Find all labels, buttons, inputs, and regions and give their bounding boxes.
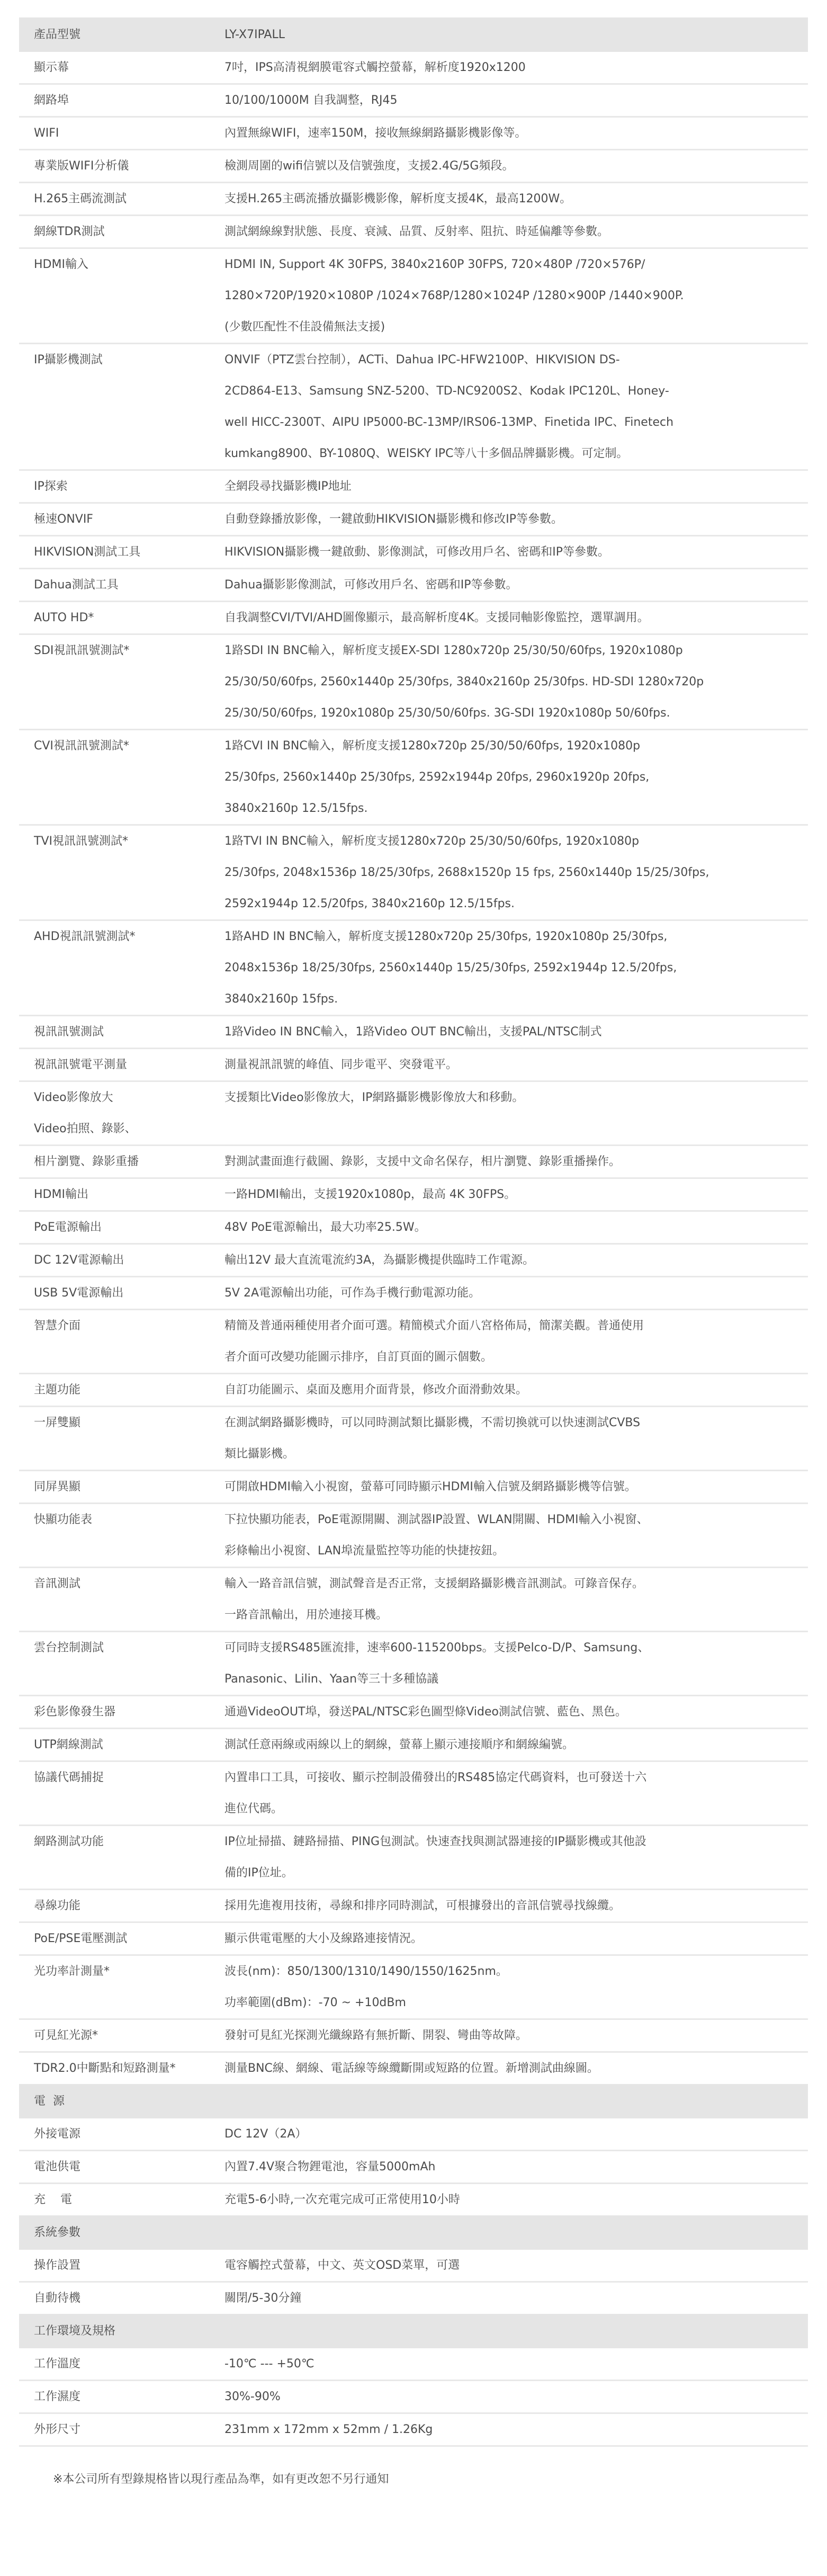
model-header-row: 產品型號 LY-X7IPALL xyxy=(19,17,808,52)
spec-value-line: 支援H.265主碼流播放攝影機影像，解析度支援4K，最高1200W。 xyxy=(224,183,792,214)
spec-value-line: 通過VideoOUT埠，發送PAL/NTSC彩色圖型條Video測試信號、藍色、… xyxy=(224,1696,792,1728)
spec-value: 10/100/1000M 自我調整，RJ45 xyxy=(224,84,808,117)
spec-value: 可開啟HDMI輸入小視窗，螢幕可同時顯示HDMI輸入信號及網路攝影機等信號。 xyxy=(224,1471,808,1504)
spec-value: 231mm x 172mm x 52mm / 1.26Kg xyxy=(224,2413,808,2446)
spec-label-line: 同屏異顯 xyxy=(34,1471,224,1502)
spec-label: 智慧介面 xyxy=(19,1310,224,1374)
spec-label-line: 網路測試功能 xyxy=(34,1826,224,1857)
spec-label-line: 專業版WIFI分析儀 xyxy=(34,150,224,182)
spec-label: 光功率計測量* xyxy=(19,1955,224,2019)
spec-row: 音訊測試輸入一路音訊信號，測試聲音是否正常，支援網路攝影機音訊測試。可錄音保存。… xyxy=(19,1568,808,1632)
spec-label: 視訊訊號測試 xyxy=(19,1016,224,1049)
spec-label-line: 可見紅光源* xyxy=(34,2020,224,2051)
spec-value: 測試任意兩線或兩線以上的網線，螢幕上顯示連接順序和網線編號。 xyxy=(224,1729,808,1761)
spec-label: HDMI輸出 xyxy=(19,1178,224,1211)
spec-value-line: 內置無線WIFI，速率150M，接收無線網路攝影機影像等。 xyxy=(224,118,792,149)
spec-value-line: 2CD864-E13、Samsung SNZ-5200、TD-NC9200S2、… xyxy=(224,375,792,407)
spec-label-line: 視訊訊號電平測量 xyxy=(34,1049,224,1080)
spec-label-line: TDR2.0中斷點和短路測量* xyxy=(34,2053,224,2084)
spec-value-line: 精簡及普通兩種使用者介面可選。精簡模式介面八宮格佈局，簡潔美觀。普通使用 xyxy=(224,1310,792,1341)
spec-label: 自動待機 xyxy=(19,2282,224,2314)
spec-value: Dahua攝影影像測試，可修改用戶名、密碼和IP等參數。 xyxy=(224,569,808,602)
spec-label-line: SDI視訊訊號測試* xyxy=(34,635,224,666)
spec-row: WIFI內置無線WIFI，速率150M，接收無線網路攝影機影像等。 xyxy=(19,117,808,150)
spec-value-line: 1路AHD IN BNC輸入，解析度支援1280x720p 25/30fps, … xyxy=(224,921,792,952)
spec-value-line: 一路音訊輸出，用於連接耳機。 xyxy=(224,1599,792,1631)
spec-value: 可同時支援RS485匯流排，速率600-115200bps。支援Pelco-D/… xyxy=(224,1632,808,1696)
spec-label: 電池供電 xyxy=(19,2151,224,2184)
spec-label-line: 尋線功能 xyxy=(34,1890,224,1921)
spec-value-line: HIKVISION攝影機一鍵啟動、影像測試，可修改用戶名、密碼和IP等參數。 xyxy=(224,536,792,568)
spec-value-line: 測試網線線對狀態、長度、衰減、品質、反射率、阻抗、時延偏離等參數。 xyxy=(224,216,792,247)
spec-value-line: 自訂功能圖示、桌面及應用介面背景，修改介面滑動效果。 xyxy=(224,1374,792,1406)
spec-label-line: 極速ONVIF xyxy=(34,504,224,535)
spec-value-line: 採用先進複用技術，尋線和排序同時測試，可根據發出的音訊信號尋找線纜。 xyxy=(224,1890,792,1921)
spec-value-line: 1路TVI IN BNC輸入，解析度支援1280x720p 25/30/50/6… xyxy=(224,826,792,857)
spec-row: CVI視訊訊號測試*1路CVI IN BNC輸入，解析度支援1280x720p … xyxy=(19,730,808,825)
spec-table: 產品型號 LY-X7IPALL 顯示幕7吋，IPS高清視網膜電容式觸控螢幕，解析… xyxy=(19,17,808,2447)
spec-label-line: IP探索 xyxy=(34,471,224,502)
spec-label: USB 5V電源輸出 xyxy=(19,1277,224,1310)
spec-label: TVI視訊訊號測試* xyxy=(19,825,224,920)
spec-value-line: 檢測周圍的wifi信號以及信號強度，支援2.4G/5G頻段。 xyxy=(224,150,792,182)
spec-row: AHD視訊訊號測試*1路AHD IN BNC輸入，解析度支援1280x720p … xyxy=(19,920,808,1016)
spec-value-line: 5V 2A電源輸出功能，可作為手機行動電源功能。 xyxy=(224,1277,792,1309)
spec-value: 在測試網路攝影機時，可以同時測試類比攝影機，不需切換就可以快速測試CVBS類比攝… xyxy=(224,1407,808,1471)
spec-value-line: 類比攝影機。 xyxy=(224,1438,792,1470)
spec-value-line: 25/30fps, 2560x1440p 25/30fps, 2592x1944… xyxy=(224,762,792,793)
spec-row: Video影像放大Video拍照、錄影、支援類比Video影像放大，IP網路攝影… xyxy=(19,1081,808,1146)
spec-value-line: HDMI IN, Support 4K 30FPS, 3840x2160P 30… xyxy=(224,249,792,280)
spec-row: 工作濕度30%-90% xyxy=(19,2381,808,2413)
spec-value-line: 測量BNC線、網線、電話線等線纜斷開或短路的位置。新增測試曲線圖。 xyxy=(224,2053,792,2084)
spec-value-line: 可開啟HDMI輸入小視窗，螢幕可同時顯示HDMI輸入信號及網路攝影機等信號。 xyxy=(224,1471,792,1502)
spec-row: 外接電源DC 12V（2A） xyxy=(19,2118,808,2151)
spec-value: IP位址掃描、鏈路掃描、PING包測試。快速查找與測試器連接的IP攝影機或其他設… xyxy=(224,1826,808,1890)
spec-row: TDR2.0中斷點和短路測量*測量BNC線、網線、電話線等線纜斷開或短路的位置。… xyxy=(19,2052,808,2085)
spec-label-line: DC 12V電源輸出 xyxy=(34,1245,224,1276)
spec-label: 可見紅光源* xyxy=(19,2019,224,2052)
spec-sheet: 產品型號 LY-X7IPALL 顯示幕7吋，IPS高清視網膜電容式觸控螢幕，解析… xyxy=(0,0,808,2495)
spec-label-line: PoE電源輸出 xyxy=(34,1212,224,1243)
model-label: 產品型號 xyxy=(19,17,224,52)
spec-label: 外接電源 xyxy=(19,2118,224,2151)
spec-row: 網路測試功能IP位址掃描、鏈路掃描、PING包測試。快速查找與測試器連接的IP攝… xyxy=(19,1826,808,1890)
spec-label: 主題功能 xyxy=(19,1374,224,1407)
spec-value: 電容觸控式螢幕，中文、英文OSD菜單，可選 xyxy=(224,2250,808,2282)
spec-value: 7吋，IPS高清視網膜電容式觸控螢幕，解析度1920x1200 xyxy=(224,52,808,84)
spec-row: USB 5V電源輸出5V 2A電源輸出功能，可作為手機行動電源功能。 xyxy=(19,1277,808,1310)
spec-row: 智慧介面精簡及普通兩種使用者介面可選。精簡模式介面八宮格佈局，簡潔美觀。普通使用… xyxy=(19,1310,808,1374)
spec-value-line: Panasonic、Lilin、Yaan等三十多種協議 xyxy=(224,1663,792,1695)
spec-value-line: 波長(nm)：850/1300/1310/1490/1550/1625nm。 xyxy=(224,1956,792,1987)
spec-value: 對測試畫面進行截圖、錄影，支援中文命名保存，相片瀏覽、錄影重播操作。 xyxy=(224,1146,808,1178)
spec-row: 顯示幕7吋，IPS高清視網膜電容式觸控螢幕，解析度1920x1200 xyxy=(19,52,808,84)
section-header-filler xyxy=(224,2215,808,2250)
spec-row: DC 12V電源輸出輸出12V 最大直流電流約3A，為攝影機提供臨時工作電源。 xyxy=(19,1244,808,1277)
spec-value: 自我調整CVI/TVI/AHD圖像顯示，最高解析度4K。支援同軸影像監控，選單調… xyxy=(224,602,808,634)
spec-value-line: 一路HDMI輸出，支援1920x1080p，最高 4K 30FPS。 xyxy=(224,1179,792,1210)
spec-label-line: AHD視訊訊號測試* xyxy=(34,921,224,952)
spec-value: 自動登錄播放影像，一鍵啟動HIKVISION攝影機和修改IP等參數。 xyxy=(224,503,808,536)
spec-label: TDR2.0中斷點和短路測量* xyxy=(19,2052,224,2085)
spec-row: HDMI輸入HDMI IN, Support 4K 30FPS, 3840x21… xyxy=(19,248,808,344)
spec-label: 網線TDR測試 xyxy=(19,216,224,248)
spec-label: 一屏雙顯 xyxy=(19,1407,224,1471)
spec-value: 1路AHD IN BNC輸入，解析度支援1280x720p 25/30fps, … xyxy=(224,920,808,1016)
spec-value: 採用先進複用技術，尋線和排序同時測試，可根據發出的音訊信號尋找線纜。 xyxy=(224,1890,808,1922)
spec-row: 網線TDR測試測試網線線對狀態、長度、衰減、品質、反射率、阻抗、時延偏離等參數。 xyxy=(19,216,808,248)
section-header-row: 工作環境及規格 xyxy=(19,2314,808,2348)
spec-label: IP探索 xyxy=(19,470,224,503)
spec-value-line: 測試任意兩線或兩線以上的網線，螢幕上顯示連接順序和網線編號。 xyxy=(224,1729,792,1760)
spec-row: 極速ONVIF自動登錄播放影像，一鍵啟動HIKVISION攝影機和修改IP等參數… xyxy=(19,503,808,536)
spec-value: 內置7.4V聚合物鋰電池，容量5000mAh xyxy=(224,2151,808,2184)
spec-label: 同屏異顯 xyxy=(19,1471,224,1504)
spec-label: HIKVISION測試工具 xyxy=(19,536,224,569)
spec-label: 網路測試功能 xyxy=(19,1826,224,1890)
spec-value: 48V PoE電源輸出，最大功率25.5W。 xyxy=(224,1211,808,1244)
spec-value: 一路HDMI輸出，支援1920x1080p，最高 4K 30FPS。 xyxy=(224,1178,808,1211)
spec-label-line: 相片瀏覽、錄影重播 xyxy=(34,1146,224,1177)
spec-row: 專業版WIFI分析儀檢測周圍的wifi信號以及信號強度，支援2.4G/5G頻段。 xyxy=(19,150,808,183)
spec-label: AUTO HD* xyxy=(19,602,224,634)
spec-value: 內置串口工具，可接收、顯示控制設備發出的RS485協定代碼資料，也可發送十六進位… xyxy=(224,1761,808,1826)
spec-value-line: 自我調整CVI/TVI/AHD圖像顯示，最高解析度4K。支援同軸影像監控，選單調… xyxy=(224,602,792,633)
spec-label-line: TVI視訊訊號測試* xyxy=(34,826,224,857)
disclaimer-footnote: ※本公司所有型錄規格皆以現行產品為準，如有更改恕不另行通知 xyxy=(19,2464,808,2495)
spec-value-line: 支援類比Video影像放大，IP網路攝影機影像放大和移動。 xyxy=(224,1082,792,1113)
spec-label-line: 智慧介面 xyxy=(34,1310,224,1341)
spec-row: 操作設置電容觸控式螢幕，中文、英文OSD菜單，可選 xyxy=(19,2250,808,2282)
section-title: 工作環境及規格 xyxy=(19,2314,224,2348)
section-title: 系統參數 xyxy=(19,2215,224,2250)
spec-label: 音訊測試 xyxy=(19,1568,224,1632)
spec-row: IP攝影機測試ONVIF（PTZ雲台控制），ACTi、Dahua IPC-HFW… xyxy=(19,344,808,470)
spec-value: 輸入一路音訊信號，測試聲音是否正常，支援網路攝影機音訊測試。可錄音保存。一路音訊… xyxy=(224,1568,808,1632)
spec-value: 支援類比Video影像放大，IP網路攝影機影像放大和移動。 xyxy=(224,1081,808,1146)
spec-row: 相片瀏覽、錄影重播對測試畫面進行截圖、錄影，支援中文命名保存，相片瀏覽、錄影重播… xyxy=(19,1146,808,1178)
spec-row: 電池供電內置7.4V聚合物鋰電池，容量5000mAh xyxy=(19,2151,808,2184)
spec-value: 測試網線線對狀態、長度、衰減、品質、反射率、阻抗、時延偏離等參數。 xyxy=(224,216,808,248)
spec-value: -10℃ --- +50℃ xyxy=(224,2348,808,2381)
spec-label: CVI視訊訊號測試* xyxy=(19,730,224,825)
spec-label: PoE電源輸出 xyxy=(19,1211,224,1244)
spec-label-line: HDMI輸出 xyxy=(34,1179,224,1210)
spec-label-line: 光功率計測量* xyxy=(34,1956,224,1987)
spec-label: 充 電 xyxy=(19,2184,224,2216)
spec-value-line: 25/30/50/60fps, 2560x1440p 25/30fps, 384… xyxy=(224,666,792,697)
spec-row: 視訊訊號電平測量測量視訊訊號的峰值、同步電平、突發電平。 xyxy=(19,1049,808,1081)
spec-value: HDMI IN, Support 4K 30FPS, 3840x2160P 30… xyxy=(224,248,808,344)
section-title: 電 源 xyxy=(19,2084,224,2118)
spec-label-line: 音訊測試 xyxy=(34,1568,224,1599)
spec-value: 支援H.265主碼流播放攝影機影像，解析度支援4K，最高1200W。 xyxy=(224,183,808,216)
spec-value: 關閉/5-30分鐘 xyxy=(224,2282,808,2314)
spec-row: 視訊訊號測試1路Video IN BNC輸入，1路Video OUT BNC輸出… xyxy=(19,1016,808,1049)
spec-value: 1路SDI IN BNC輸入，解析度支援EX-SDI 1280x720p 25/… xyxy=(224,634,808,730)
spec-label: H.265主碼流測試 xyxy=(19,183,224,216)
spec-value: 顯示供電電壓的大小及線路連接情況。 xyxy=(224,1922,808,1955)
spec-value-line: 1路CVI IN BNC輸入，解析度支援1280x720p 25/30/50/6… xyxy=(224,730,792,762)
spec-value: 發射可見紅光探測光纖線路有無折斷、開裂、彎曲等故障。 xyxy=(224,2019,808,2052)
spec-value-line: 25/30/50/60fps, 1920x1080p 25/30/50/60fp… xyxy=(224,697,792,729)
spec-row: Dahua測試工具Dahua攝影影像測試，可修改用戶名、密碼和IP等參數。 xyxy=(19,569,808,602)
spec-label-line: PoE/PSE電壓測試 xyxy=(34,1923,224,1954)
section-header-row: 系統參數 xyxy=(19,2215,808,2250)
spec-label-line: CVI視訊訊號測試* xyxy=(34,730,224,762)
spec-value: 5V 2A電源輸出功能，可作為手機行動電源功能。 xyxy=(224,1277,808,1310)
spec-label: 視訊訊號電平測量 xyxy=(19,1049,224,1081)
spec-value-line: 內置串口工具，可接收、顯示控制設備發出的RS485協定代碼資料，也可發送十六 xyxy=(224,1762,792,1793)
spec-value-line: 2592x1944p 12.5/20fps, 3840x2160p 12.5/1… xyxy=(224,888,792,919)
spec-value: 內置無線WIFI，速率150M，接收無線網路攝影機影像等。 xyxy=(224,117,808,150)
spec-value-line: 備的IP位址。 xyxy=(224,1857,792,1889)
spec-row: 光功率計測量*波長(nm)：850/1300/1310/1490/1550/16… xyxy=(19,1955,808,2019)
spec-label-line: 彩色影像發生器 xyxy=(34,1696,224,1728)
spec-value-line: 彩條輸出小視窗、LAN埠流量監控等功能的快捷按鈕。 xyxy=(224,1535,792,1567)
spec-value-line: 25/30fps, 2048x1536p 18/25/30fps, 2688x1… xyxy=(224,857,792,888)
spec-label-line: 協議代碼捕捉 xyxy=(34,1762,224,1793)
spec-value-line: 3840x2160p 12.5/15fps. xyxy=(224,793,792,824)
spec-value: 波長(nm)：850/1300/1310/1490/1550/1625nm。功率… xyxy=(224,1955,808,2019)
spec-label-line: 主題功能 xyxy=(34,1374,224,1406)
spec-label: Dahua測試工具 xyxy=(19,569,224,602)
spec-value-line: 輸入一路音訊信號，測試聲音是否正常，支援網路攝影機音訊測試。可錄音保存。 xyxy=(224,1568,792,1599)
spec-label-line: 快顯功能表 xyxy=(34,1504,224,1535)
spec-label: 專業版WIFI分析儀 xyxy=(19,150,224,183)
spec-row: HDMI輸出一路HDMI輸出，支援1920x1080p，最高 4K 30FPS。 xyxy=(19,1178,808,1211)
spec-label: 網路埠 xyxy=(19,84,224,117)
spec-label: HDMI輸入 xyxy=(19,248,224,344)
spec-value: 1路TVI IN BNC輸入，解析度支援1280x720p 25/30/50/6… xyxy=(224,825,808,920)
spec-label-line: 顯示幕 xyxy=(34,52,224,83)
spec-row: 工作溫度-10℃ --- +50℃ xyxy=(19,2348,808,2381)
spec-label: PoE/PSE電壓測試 xyxy=(19,1922,224,1955)
spec-label-line: 網路埠 xyxy=(34,85,224,116)
spec-row: 雲台控制測試可同時支援RS485匯流排，速率600-115200bps。支援Pe… xyxy=(19,1632,808,1696)
spec-label-line: USB 5V電源輸出 xyxy=(34,1277,224,1309)
spec-label-line: 一屏雙顯 xyxy=(34,1407,224,1438)
spec-label: 工作濕度 xyxy=(19,2381,224,2413)
spec-row: 一屏雙顯在測試網路攝影機時，可以同時測試類比攝影機，不需切換就可以快速測試CVB… xyxy=(19,1407,808,1471)
spec-label-line: 雲台控制測試 xyxy=(34,1632,224,1663)
spec-label: 快顯功能表 xyxy=(19,1504,224,1568)
spec-value-line: well HICC-2300T、AIPU IP5000-BC-13MP/IRS0… xyxy=(224,407,792,438)
spec-row: 彩色影像發生器通過VideoOUT埠，發送PAL/NTSC彩色圖型條Video測… xyxy=(19,1696,808,1729)
spec-value: HIKVISION攝影機一鍵啟動、影像測試，可修改用戶名、密碼和IP等參數。 xyxy=(224,536,808,569)
spec-label-line: Dahua測試工具 xyxy=(34,569,224,601)
spec-value-line: 進位代碼。 xyxy=(224,1793,792,1824)
model-value: LY-X7IPALL xyxy=(224,17,808,52)
spec-value: 輸出12V 最大直流電流約3A，為攝影機提供臨時工作電源。 xyxy=(224,1244,808,1277)
spec-label-line: AUTO HD* xyxy=(34,602,224,633)
spec-value-line: 測量視訊訊號的峰值、同步電平、突發電平。 xyxy=(224,1049,792,1080)
spec-row: 尋線功能採用先進複用技術，尋線和排序同時測試，可根據發出的音訊信號尋找線纜。 xyxy=(19,1890,808,1922)
spec-label: IP攝影機測試 xyxy=(19,344,224,470)
spec-value-line: 1280×720P/1920×1080P /1024×768P/1280×102… xyxy=(224,280,792,311)
spec-label: 相片瀏覽、錄影重播 xyxy=(19,1146,224,1178)
section-header-filler xyxy=(224,2314,808,2348)
spec-value-line: 發射可見紅光探測光纖線路有無折斷、開裂、彎曲等故障。 xyxy=(224,2020,792,2051)
spec-value-line: 對測試畫面進行截圖、錄影，支援中文命名保存，相片瀏覽、錄影重播操作。 xyxy=(224,1146,792,1177)
spec-value-line: 者介面可改變功能圖示排序，自訂頁面的圖示個數。 xyxy=(224,1341,792,1373)
spec-label: SDI視訊訊號測試* xyxy=(19,634,224,730)
spec-value-line: 10/100/1000M 自我調整，RJ45 xyxy=(224,85,792,116)
spec-row: 充 電充電5-6小時,一次充電完成可正常使用10小時 xyxy=(19,2184,808,2216)
spec-value-line: 輸出12V 最大直流電流約3A，為攝影機提供臨時工作電源。 xyxy=(224,1245,792,1276)
spec-label-line: 網線TDR測試 xyxy=(34,216,224,247)
spec-label: 操作設置 xyxy=(19,2250,224,2282)
section-header-filler xyxy=(224,2084,808,2118)
spec-row: HIKVISION測試工具HIKVISION攝影機一鍵啟動、影像測試，可修改用戶… xyxy=(19,536,808,569)
spec-value-line: 在測試網路攝影機時，可以同時測試類比攝影機，不需切換就可以快速測試CVBS xyxy=(224,1407,792,1438)
spec-label-line: 視訊訊號測試 xyxy=(34,1016,224,1048)
spec-value: 1路CVI IN BNC輸入，解析度支援1280x720p 25/30/50/6… xyxy=(224,730,808,825)
spec-label-line: HDMI輸入 xyxy=(34,249,224,280)
spec-value-line: IP位址掃描、鏈路掃描、PING包測試。快速查找與測試器連接的IP攝影機或其他設 xyxy=(224,1826,792,1857)
spec-row: PoE/PSE電壓測試顯示供電電壓的大小及線路連接情況。 xyxy=(19,1922,808,1955)
spec-label: DC 12V電源輸出 xyxy=(19,1244,224,1277)
spec-label-line: IP攝影機測試 xyxy=(34,344,224,375)
section-header-row: 電 源 xyxy=(19,2084,808,2118)
spec-value-line: 全網段尋找攝影機IP地址 xyxy=(224,471,792,502)
spec-value-line: 2048x1536p 18/25/30fps, 2560x1440p 15/25… xyxy=(224,952,792,983)
spec-value-line: 3840x2160p 15fps. xyxy=(224,983,792,1015)
spec-row: AUTO HD*自我調整CVI/TVI/AHD圖像顯示，最高解析度4K。支援同軸… xyxy=(19,602,808,634)
spec-label: 尋線功能 xyxy=(19,1890,224,1922)
spec-label: 顯示幕 xyxy=(19,52,224,84)
spec-label: 協議代碼捕捉 xyxy=(19,1761,224,1826)
spec-value-line: kumkang8900、BY-1080Q、WEISKY IPC等八十多個品牌攝影… xyxy=(224,438,792,469)
spec-label-line: Video拍照、錄影、 xyxy=(34,1113,224,1144)
spec-value: 精簡及普通兩種使用者介面可選。精簡模式介面八宮格佈局，簡潔美觀。普通使用者介面可… xyxy=(224,1310,808,1374)
spec-value: 測量視訊訊號的峰值、同步電平、突發電平。 xyxy=(224,1049,808,1081)
spec-label: UTP網線測試 xyxy=(19,1729,224,1761)
spec-label: 外形尺寸 xyxy=(19,2413,224,2446)
spec-value: DC 12V（2A） xyxy=(224,2118,808,2151)
spec-row: H.265主碼流測試支援H.265主碼流播放攝影機影像，解析度支援4K，最高12… xyxy=(19,183,808,216)
spec-value-line: 可同時支援RS485匯流排，速率600-115200bps。支援Pelco-D/… xyxy=(224,1632,792,1663)
spec-value: 通過VideoOUT埠，發送PAL/NTSC彩色圖型條Video測試信號、藍色、… xyxy=(224,1696,808,1729)
spec-label: WIFI xyxy=(19,117,224,150)
spec-value: 下拉快顯功能表，PoE電源開關、測試器IP設置、WLAN開關、HDMI輸入小視窗… xyxy=(224,1504,808,1568)
spec-label-line: Video影像放大 xyxy=(34,1082,224,1113)
spec-label: 彩色影像發生器 xyxy=(19,1696,224,1729)
spec-label-line: H.265主碼流測試 xyxy=(34,183,224,214)
spec-label-line: UTP網線測試 xyxy=(34,1729,224,1760)
spec-label: Video影像放大Video拍照、錄影、 xyxy=(19,1081,224,1146)
spec-row: 協議代碼捕捉內置串口工具，可接收、顯示控制設備發出的RS485協定代碼資料，也可… xyxy=(19,1761,808,1826)
spec-row: 可見紅光源*發射可見紅光探測光纖線路有無折斷、開裂、彎曲等故障。 xyxy=(19,2019,808,2052)
spec-label: AHD視訊訊號測試* xyxy=(19,920,224,1016)
spec-row: TVI視訊訊號測試*1路TVI IN BNC輸入，解析度支援1280x720p … xyxy=(19,825,808,920)
spec-value-line: ONVIF（PTZ雲台控制），ACTi、Dahua IPC-HFW2100P、H… xyxy=(224,344,792,375)
spec-value-line: 顯示供電電壓的大小及線路連接情況。 xyxy=(224,1923,792,1954)
spec-label-line: WIFI xyxy=(34,118,224,149)
spec-value-line: 1路SDI IN BNC輸入，解析度支援EX-SDI 1280x720p 25/… xyxy=(224,635,792,666)
spec-value-line: 功率範圍(dBm)：-70 ~ +10dBm xyxy=(224,1987,792,2018)
spec-row: 外形尺寸231mm x 172mm x 52mm / 1.26Kg xyxy=(19,2413,808,2446)
spec-value: 測量BNC線、網線、電話線等線纜斷開或短路的位置。新增測試曲線圖。 xyxy=(224,2052,808,2085)
spec-row: 主題功能自訂功能圖示、桌面及應用介面背景，修改介面滑動效果。 xyxy=(19,1374,808,1407)
spec-label: 極速ONVIF xyxy=(19,503,224,536)
spec-value-line: Dahua攝影影像測試，可修改用戶名、密碼和IP等參數。 xyxy=(224,569,792,601)
spec-value: 30%-90% xyxy=(224,2381,808,2413)
spec-value: 充電5-6小時,一次充電完成可正常使用10小時 xyxy=(224,2184,808,2216)
spec-value: 自訂功能圖示、桌面及應用介面背景，修改介面滑動效果。 xyxy=(224,1374,808,1407)
spec-row: SDI視訊訊號測試*1路SDI IN BNC輸入，解析度支援EX-SDI 128… xyxy=(19,634,808,730)
spec-row: 網路埠10/100/1000M 自我調整，RJ45 xyxy=(19,84,808,117)
spec-row: UTP網線測試測試任意兩線或兩線以上的網線，螢幕上顯示連接順序和網線編號。 xyxy=(19,1729,808,1761)
spec-value-line: 48V PoE電源輸出，最大功率25.5W。 xyxy=(224,1212,792,1243)
spec-value: 檢測周圍的wifi信號以及信號強度，支援2.4G/5G頻段。 xyxy=(224,150,808,183)
spec-row: 快顯功能表下拉快顯功能表，PoE電源開關、測試器IP設置、WLAN開關、HDMI… xyxy=(19,1504,808,1568)
spec-row: 自動待機關閉/5-30分鐘 xyxy=(19,2282,808,2314)
spec-value: 1路Video IN BNC輸入，1路Video OUT BNC輸出，支援PAL… xyxy=(224,1016,808,1049)
spec-value-line: (少數匹配性不佳設備無法支援) xyxy=(224,311,792,343)
spec-row: 同屏異顯可開啟HDMI輸入小視窗，螢幕可同時顯示HDMI輸入信號及網路攝影機等信… xyxy=(19,1471,808,1504)
spec-value-line: 自動登錄播放影像，一鍵啟動HIKVISION攝影機和修改IP等參數。 xyxy=(224,504,792,535)
spec-value: ONVIF（PTZ雲台控制），ACTi、Dahua IPC-HFW2100P、H… xyxy=(224,344,808,470)
spec-row: IP探索全網段尋找攝影機IP地址 xyxy=(19,470,808,503)
spec-value-line: 7吋，IPS高清視網膜電容式觸控螢幕，解析度1920x1200 xyxy=(224,52,792,83)
spec-row: PoE電源輸出48V PoE電源輸出，最大功率25.5W。 xyxy=(19,1211,808,1244)
spec-value-line: 1路Video IN BNC輸入，1路Video OUT BNC輸出，支援PAL… xyxy=(224,1016,792,1048)
spec-label-line: HIKVISION測試工具 xyxy=(34,536,224,568)
spec-value: 全網段尋找攝影機IP地址 xyxy=(224,470,808,503)
spec-label: 工作溫度 xyxy=(19,2348,224,2381)
spec-value-line: 下拉快顯功能表，PoE電源開關、測試器IP設置、WLAN開關、HDMI輸入小視窗… xyxy=(224,1504,792,1535)
spec-label: 雲台控制測試 xyxy=(19,1632,224,1696)
